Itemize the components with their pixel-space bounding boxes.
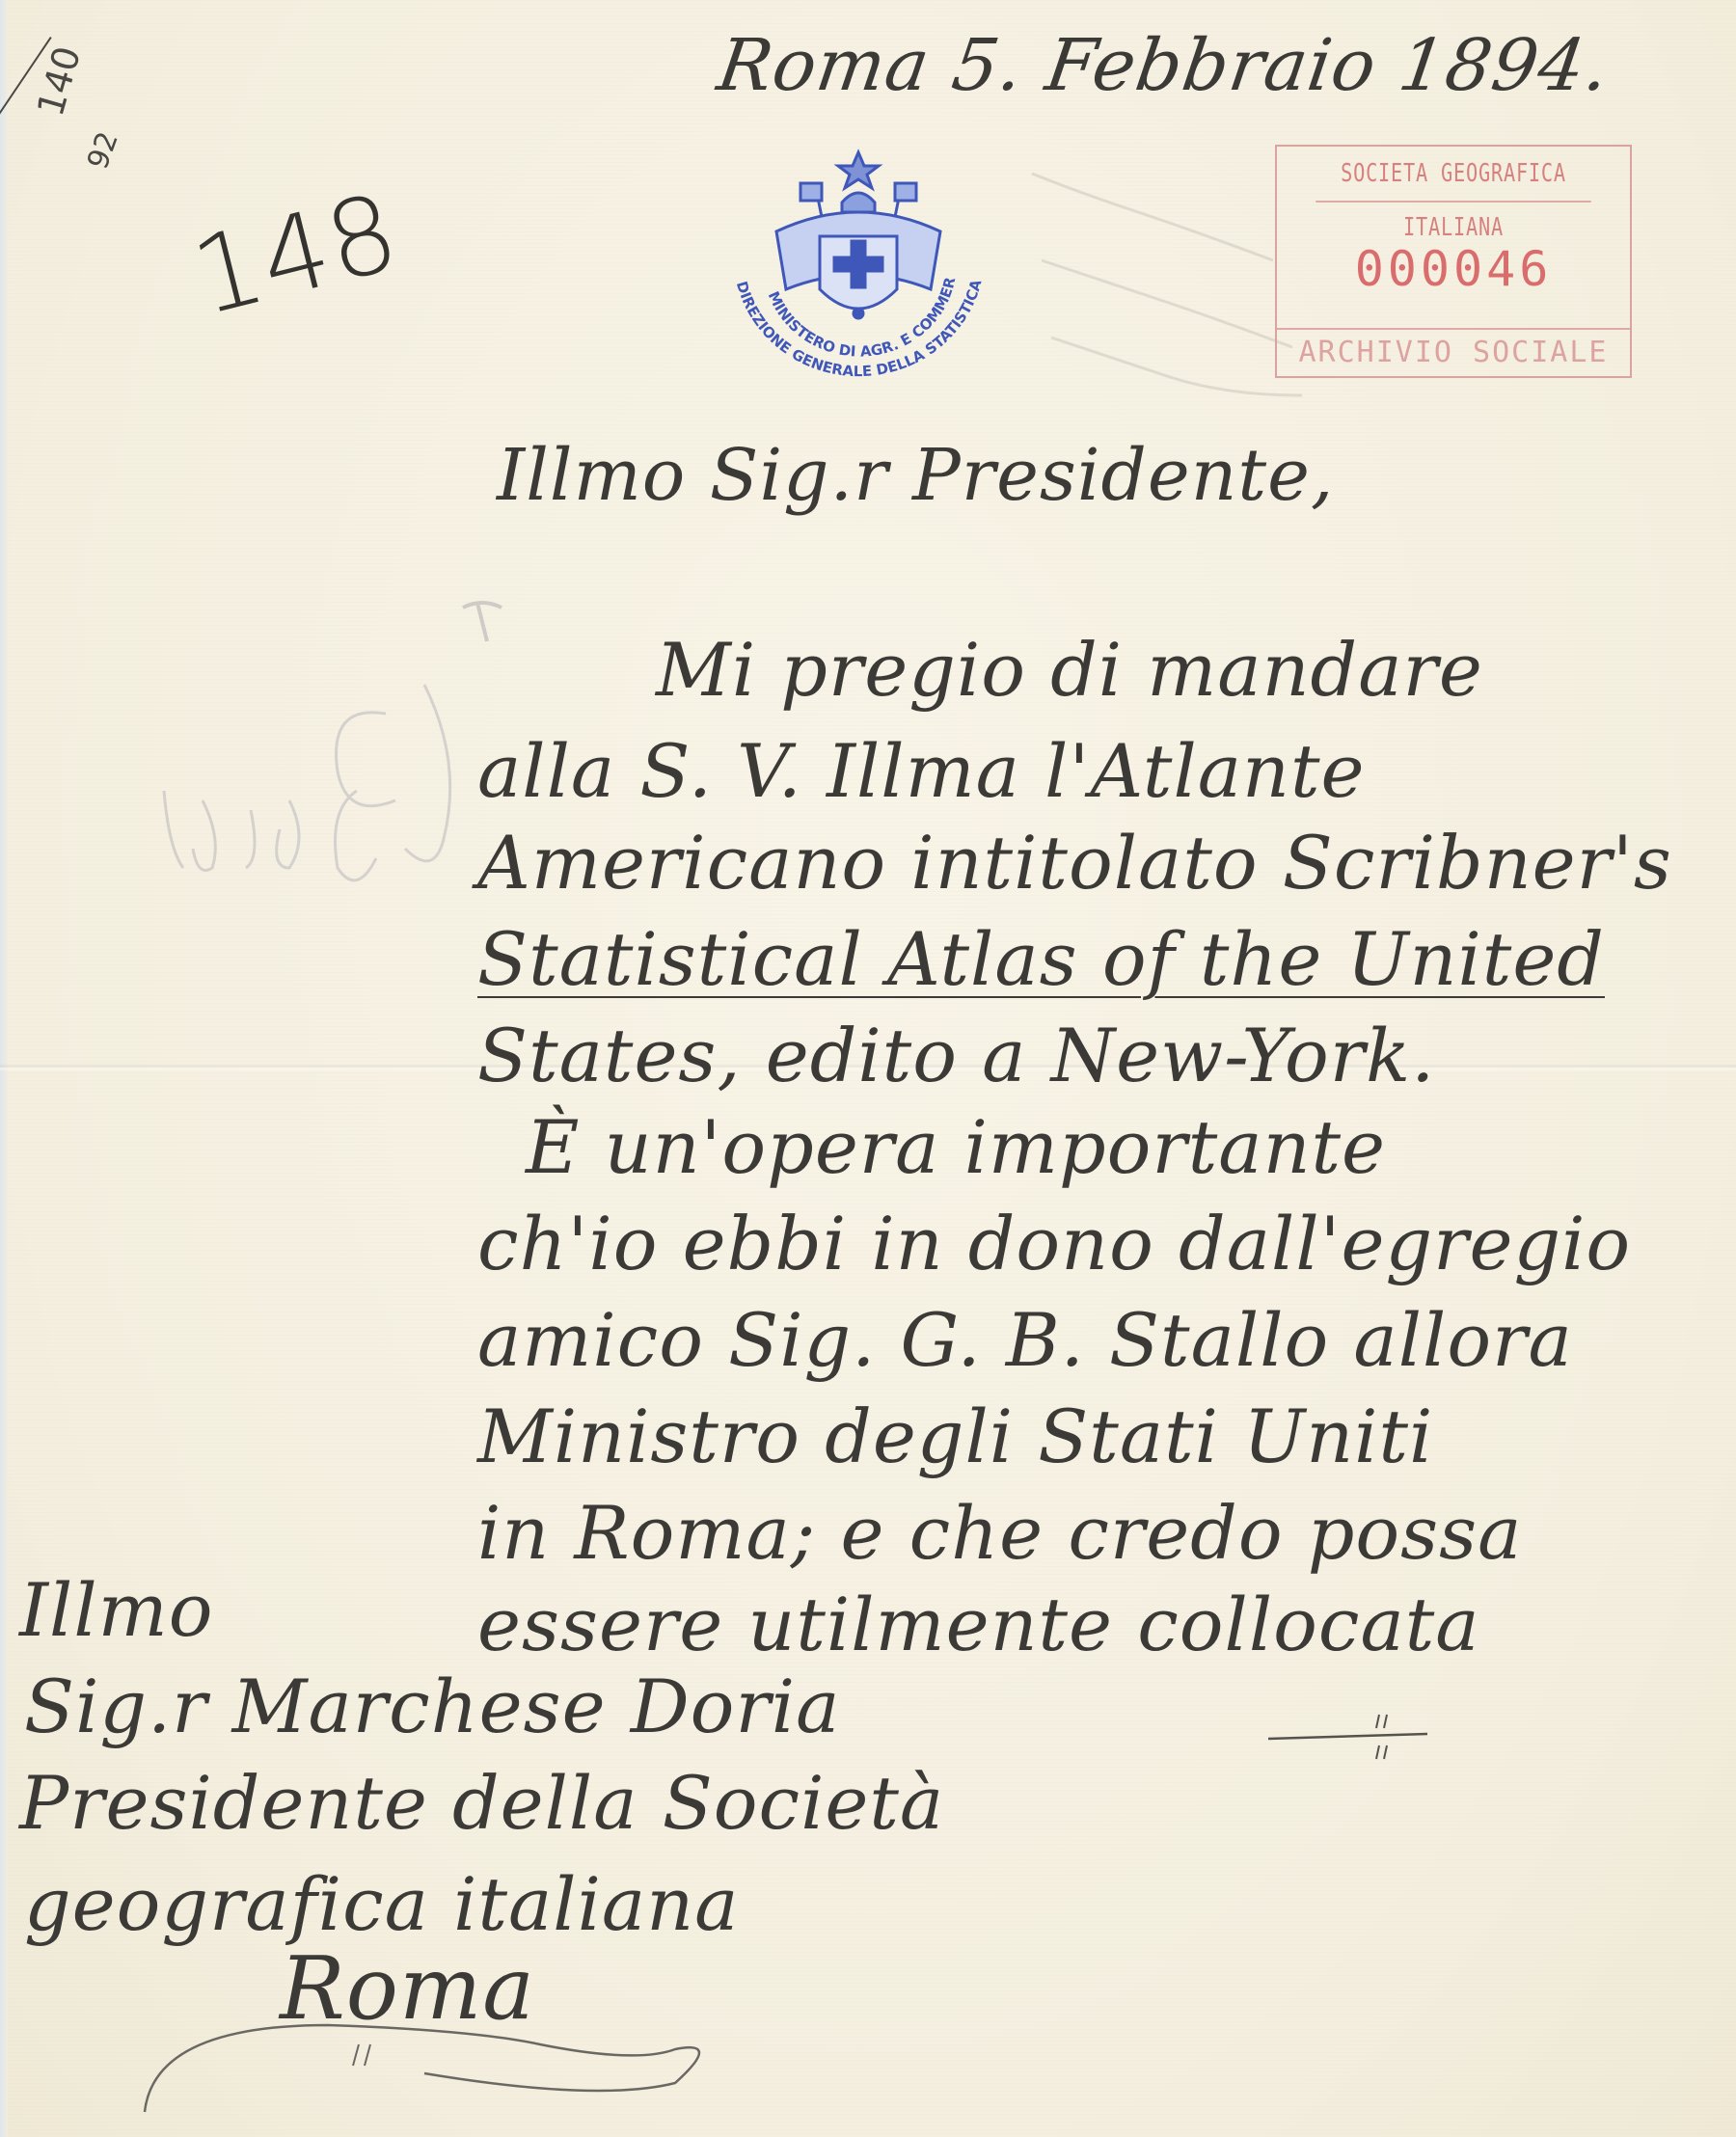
addressee-line: Illmo — [19, 1567, 213, 1653]
addressee-line: Sig.r Marchese Doria — [24, 1664, 840, 1749]
body-line: in Roma; e che credo possa — [477, 1490, 1522, 1576]
body-line: È un'opera importante — [526, 1104, 1386, 1190]
salutation: Illmo Sig.r Presidente, — [497, 434, 1334, 517]
addressee-line: Presidente della Società — [19, 1760, 944, 1846]
stamp-number: 000046 — [1277, 203, 1630, 336]
stamp-header: SOCIETA GEOGRAFICA ITALIANA — [1316, 147, 1590, 203]
closing-ditto-mark — [1263, 1705, 1437, 1763]
addressee-line: geografica italiana — [24, 1861, 739, 1947]
body-line: Ministro degli Stati Uniti — [477, 1393, 1433, 1479]
stamp-footer: ARCHIVIO SOCIALE — [1277, 328, 1630, 376]
coat-of-arms-icon: MINISTERO DI AGR. E COMMERCIO DIREZIONE … — [709, 145, 1008, 395]
body-line: essere utilmente collocata — [477, 1582, 1480, 1667]
body-line: alla S. V. Illma l'Atlante — [477, 728, 1366, 814]
bleed-through-writing — [1022, 154, 1312, 405]
body-line: amico Sig. G. B. Stallo allora — [477, 1297, 1573, 1383]
archive-stamp: SOCIETA GEOGRAFICA ITALIANA 000046 ARCHI… — [1275, 145, 1632, 378]
body-line: States, edito a New-York. — [477, 1013, 1435, 1098]
signature-flourish — [135, 2006, 762, 2122]
date-line: Roma 5. Febbraio 1894. — [713, 24, 1614, 107]
body-line: Americano intitolato Scribner's — [477, 820, 1672, 906]
archive-fraction-mark: 140 92 — [23, 17, 110, 143]
ministry-letterhead: MINISTERO DI AGR. E COMMERCIO DIREZIONE … — [709, 145, 1008, 395]
body-line: Mi pregio di mandare — [656, 627, 1483, 713]
body-line-underlined: Statistical Atlas of the United — [477, 916, 1605, 1002]
body-line: ch'io ebbi in dono dall'egregio — [477, 1201, 1631, 1286]
